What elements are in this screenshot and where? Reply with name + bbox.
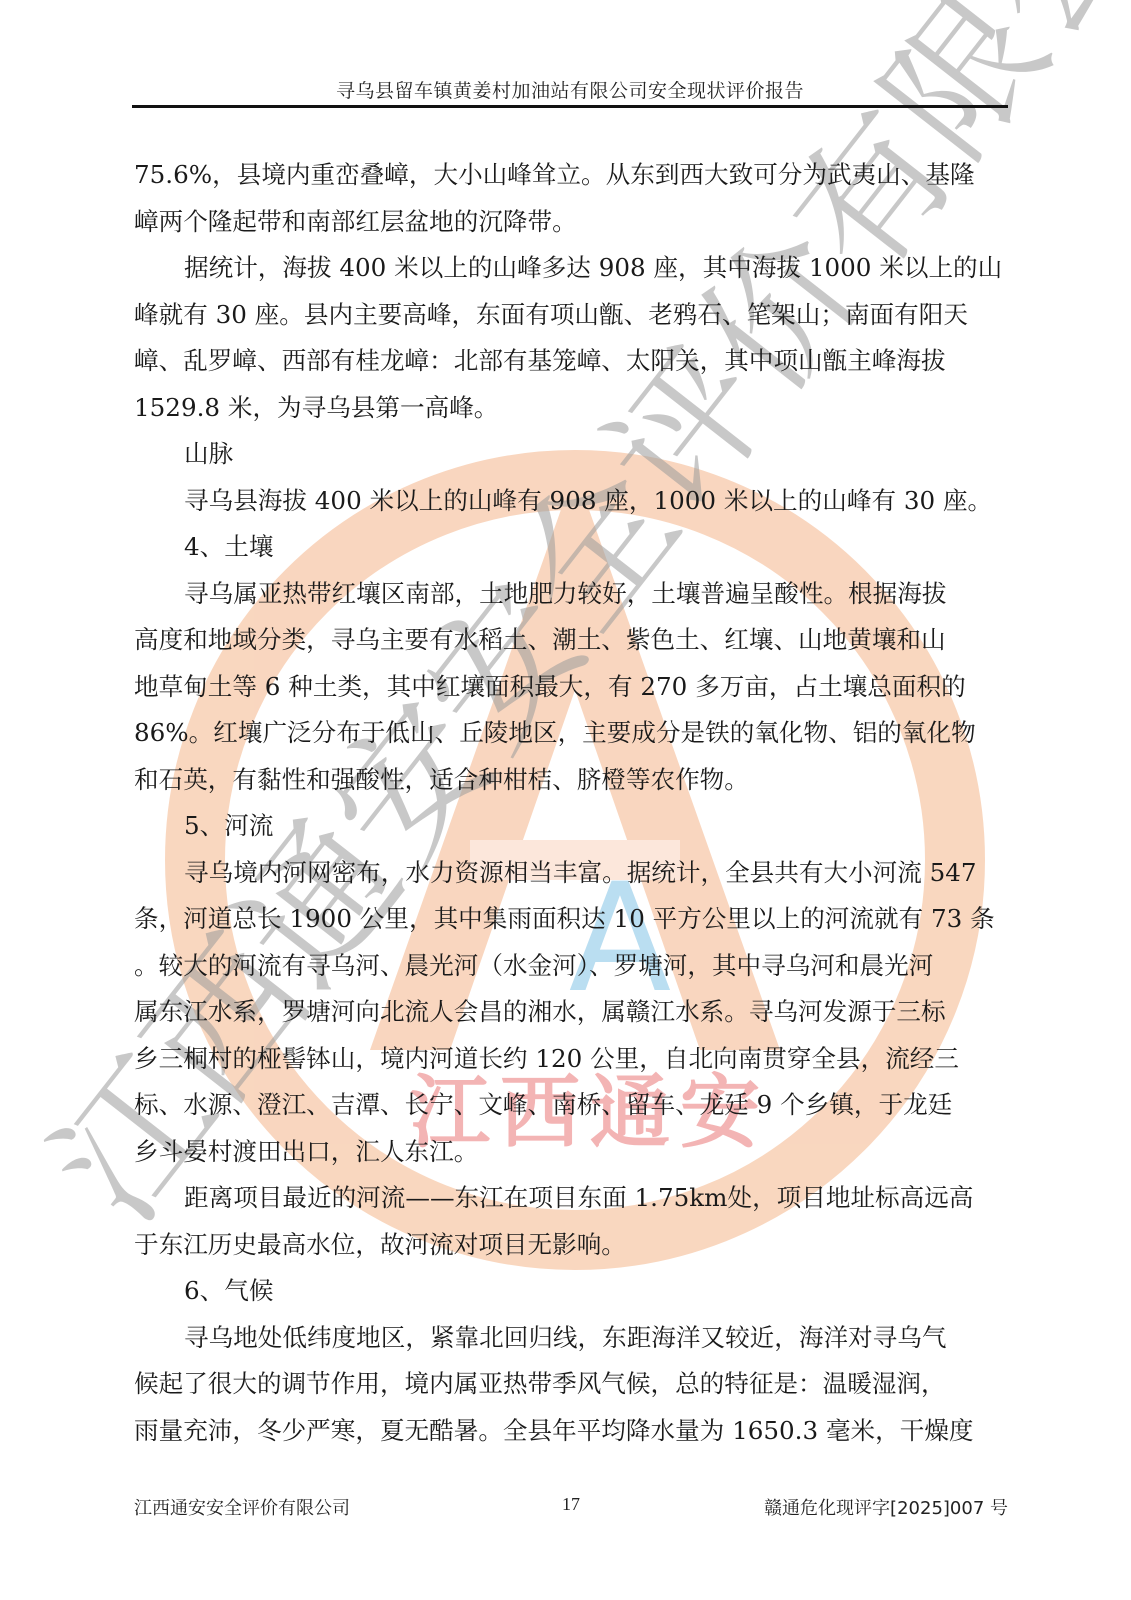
text-line: 86%。红壤广泛分布于低山、丘陵地区，主要成分是铁的氧化物、铝的氧化物 <box>134 710 1008 757</box>
document-number: 赣通危化现评字[2025]007 号 <box>764 1494 1008 1520</box>
text-line: 乡三桐村的桠髻钵山，境内河道长约 120 公里，自北向南贯穿全县，流经三 <box>134 1036 1008 1083</box>
page-footer: 江西通安安全评价有限公司 17 赣通危化现评字[2025]007 号 <box>134 1494 1008 1524</box>
text-line: 1529.8 米，为寻乌县第一高峰。 <box>134 385 1008 432</box>
text-line: 嶂两个隆起带和南部红层盆地的沉降带。 <box>134 199 1008 246</box>
text-line: 和石英，有黏性和强酸性，适合种柑桔、脐橙等农作物。 <box>134 757 1008 804</box>
text-line: 候起了很大的调节作用，境内属亚热带季风气候，总的特征是：温暖湿润， <box>134 1361 1008 1408</box>
document-body: 75.6%，县境内重峦叠嶂，大小山峰耸立。从东到西大致可分为武夷山、基隆嶂两个隆… <box>134 152 1008 1454</box>
text-line: 寻乌属亚热带红壤区南部，土地肥力较好，土壤普遍呈酸性。根据海拔 <box>134 571 1008 618</box>
text-line: 峰就有 30 座。县内主要高峰，东面有项山甑、老鸦石、笔架山；南面有阳天 <box>134 292 1008 339</box>
text-line: 山脉 <box>134 431 1008 478</box>
text-line: 6、气候 <box>134 1268 1008 1315</box>
page-number: 17 <box>562 1494 580 1515</box>
text-line: 乡斗晏村渡田出口，汇人东江。 <box>134 1129 1008 1176</box>
text-line: 属东江水系，罗塘河向北流人会昌的湘水，属赣江水系。寻乌河发源于三标 <box>134 989 1008 1036</box>
page-header: 寻乌县留车镇黄姜村加油站有限公司安全现状评价报告 <box>132 76 1008 103</box>
text-line: 75.6%，县境内重峦叠嶂，大小山峰耸立。从东到西大致可分为武夷山、基隆 <box>134 152 1008 199</box>
text-line: 寻乌县海拔 400 米以上的山峰有 908 座，1000 米以上的山峰有 30 … <box>134 478 1008 525</box>
footer-company: 江西通安安全评价有限公司 <box>134 1494 350 1520</box>
text-line: 距离项目最近的河流——东江在项目东面 1.75km处，项目地址标高远高 <box>134 1175 1008 1222</box>
text-line: 地草甸土等 6 种土类，其中红壤面积最大，有 270 多万亩，占土壤总面积的 <box>134 664 1008 711</box>
text-line: 。较大的河流有寻乌河、晨光河（水金河）、罗塘河，其中寻乌河和晨光河 <box>134 943 1008 990</box>
text-line: 5、河流 <box>134 803 1008 850</box>
text-line: 据统计，海拔 400 米以上的山峰多达 908 座，其中海拔 1000 米以上的… <box>134 245 1008 292</box>
text-line: 寻乌地处低纬度地区，紧靠北回归线，东距海洋又较近，海洋对寻乌气 <box>134 1315 1008 1362</box>
text-line: 雨量充沛，冬少严寒，夏无酷暑。全县年平均降水量为 1650.3 毫米，干燥度 <box>134 1408 1008 1455</box>
text-line: 于东江历史最高水位，故河流对项目无影响。 <box>134 1222 1008 1269</box>
text-line: 4、土壤 <box>134 524 1008 571</box>
text-line: 嶂、乱罗嶂、西部有桂龙嶂：北部有基笼嶂、太阳关，其中项山甑主峰海拔 <box>134 338 1008 385</box>
text-line: 条，河道总长 1900 公里，其中集雨面积达 10 平方公里以上的河流就有 73… <box>134 896 1008 943</box>
text-line: 高度和地域分类，寻乌主要有水稻土、潮土、紫色土、红壤、山地黄壤和山 <box>134 617 1008 664</box>
text-line: 标、水源、澄江、吉潭、长宁、文峰、南桥、留车、龙廷 9 个乡镇，于龙廷 <box>134 1082 1008 1129</box>
text-line: 寻乌境内河网密布，水力资源相当丰富。据统计，全县共有大小河流 547 <box>134 850 1008 897</box>
header-divider <box>132 105 1008 108</box>
